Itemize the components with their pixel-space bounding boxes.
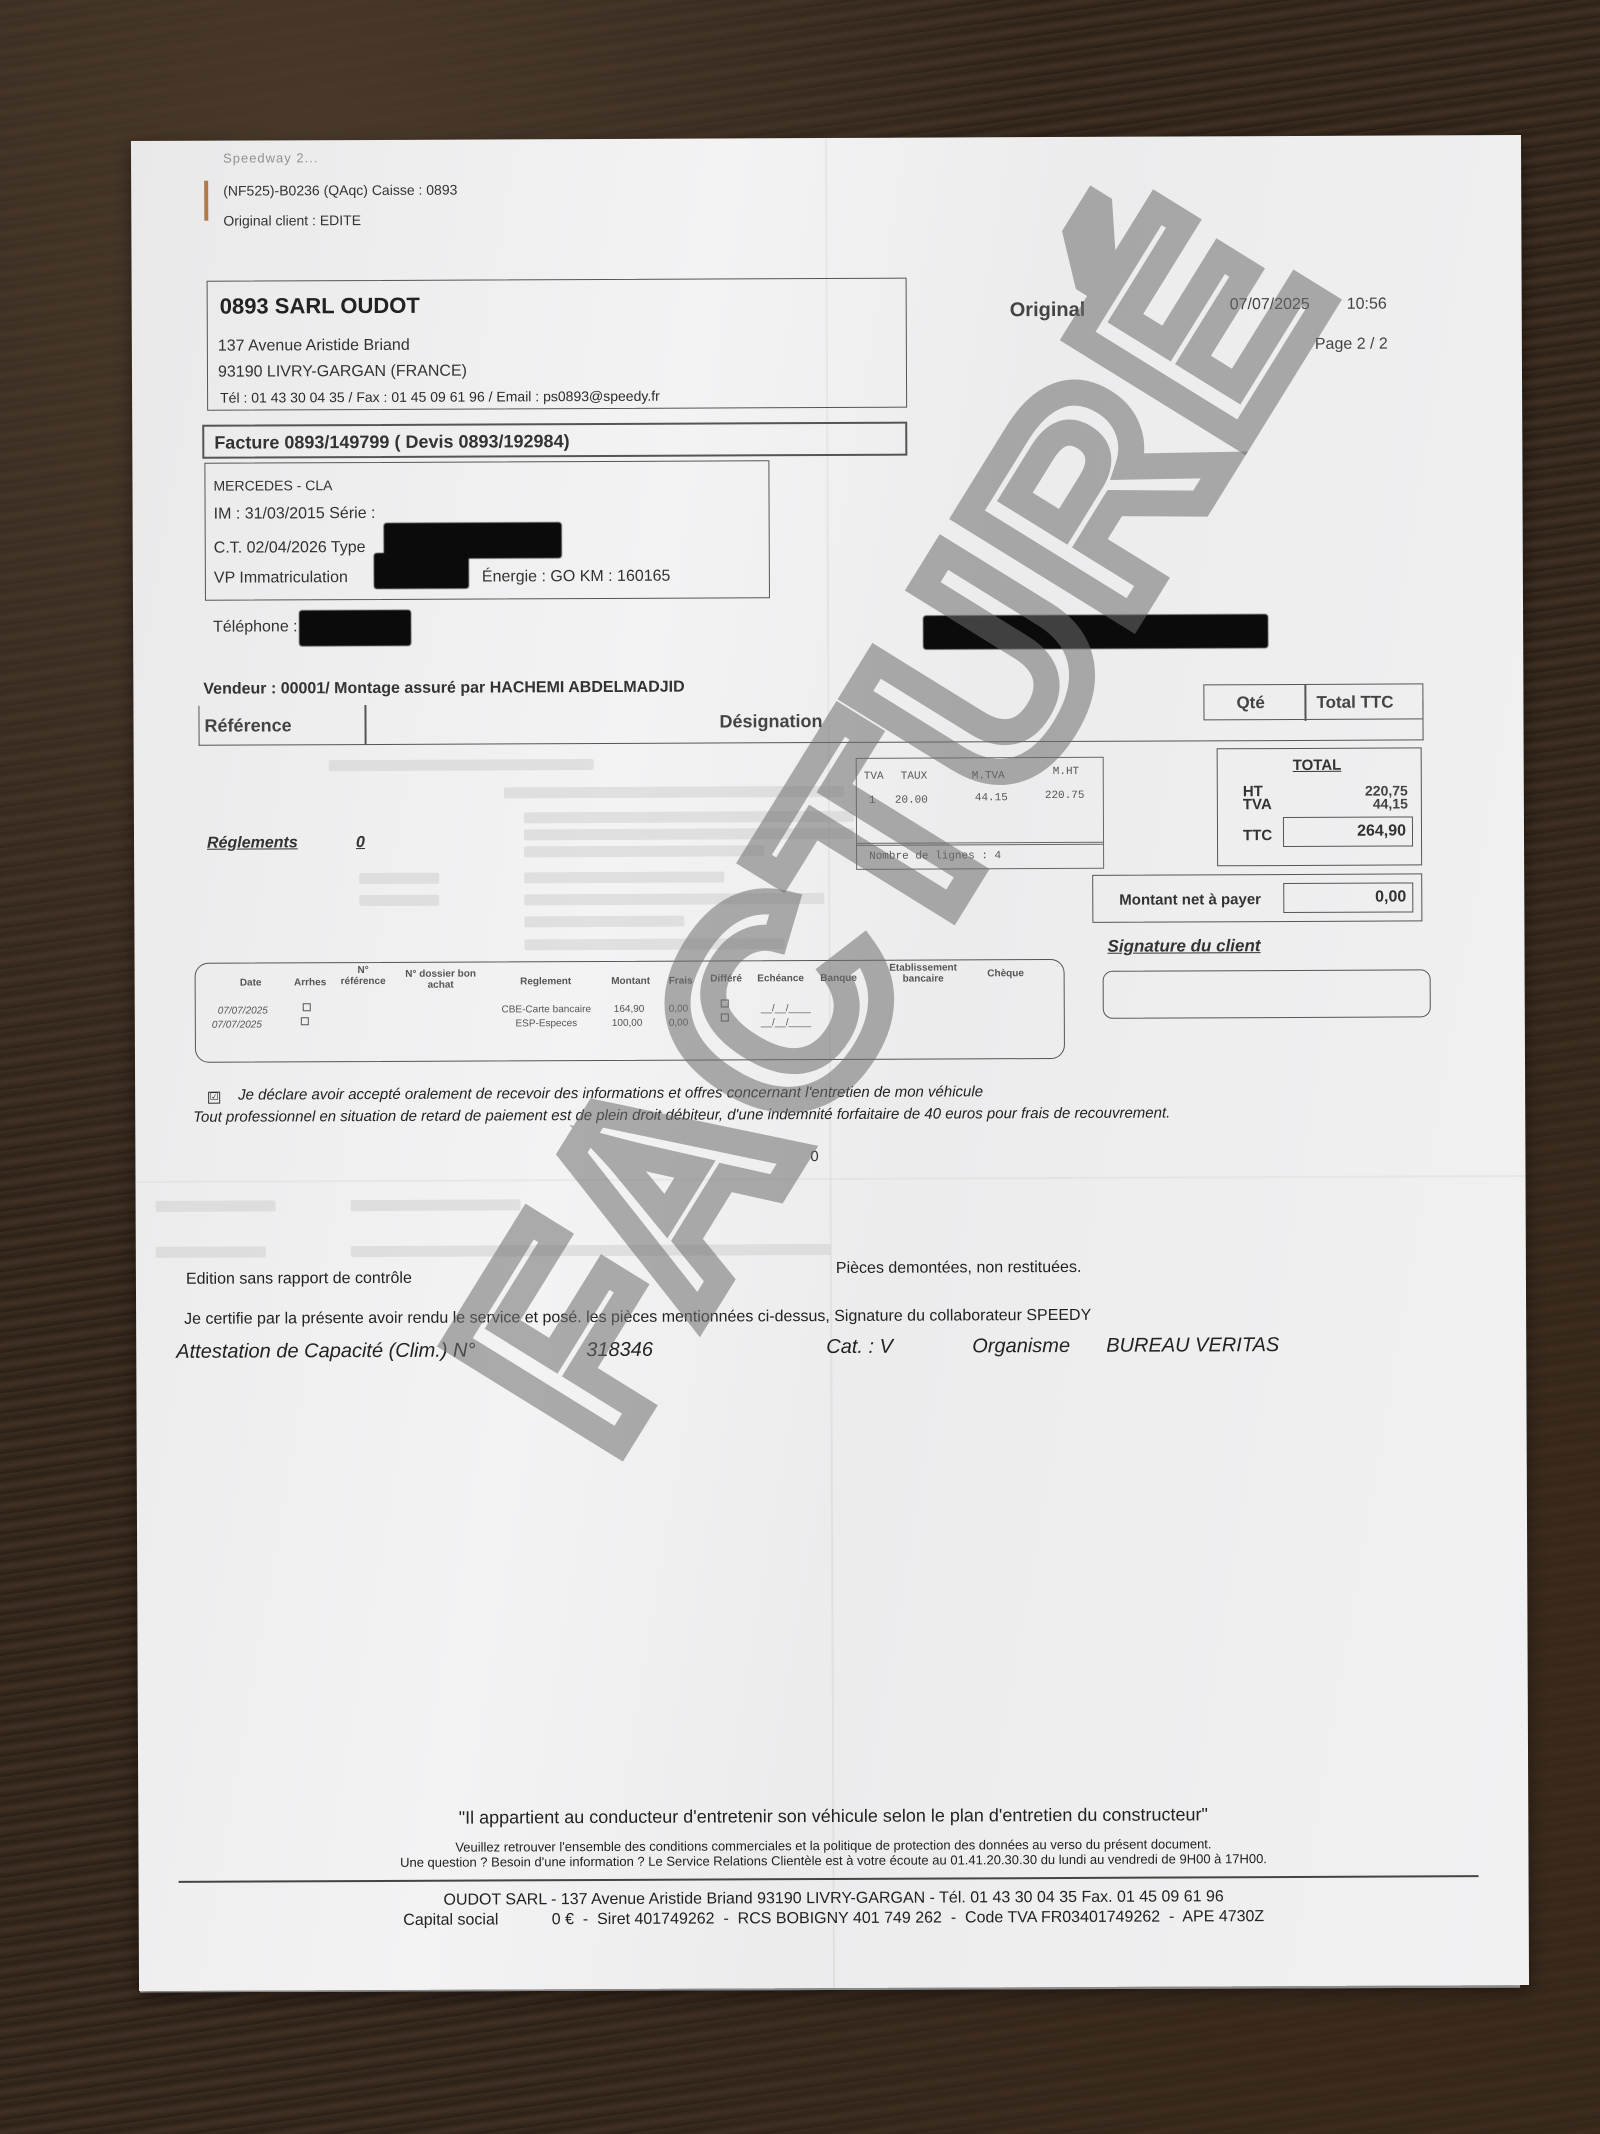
arrhes-checkbox[interactable]	[301, 1017, 309, 1025]
invoice-title-box: Facture 0893/149799 ( Devis 0893/192984)	[202, 422, 907, 459]
consent-statement: ☑Je déclare avoir accepté oralement de r…	[208, 1083, 983, 1103]
totals-box: TOTAL HT TVA 220,75 44,15 TTC 264,90	[1217, 747, 1423, 866]
invoice-title: Facture 0893/149799 ( Devis 0893/192984)	[214, 431, 569, 454]
company-block: 0893 SARL OUDOT 137 Avenue Aristide Bria…	[207, 278, 908, 411]
signature-box[interactable]	[1103, 969, 1431, 1018]
vat-rate: 20.00	[895, 795, 928, 807]
redaction-telephone	[299, 610, 411, 646]
net-to-pay-box: Montant net à payer 0,00	[1092, 873, 1422, 922]
line-count: Nombre de lignes : 4	[869, 850, 1001, 863]
signature-label: Signature du client	[1107, 936, 1260, 957]
vehicle-model: MERCEDES - CLA	[213, 477, 332, 494]
differe-checkbox[interactable]	[721, 1013, 729, 1021]
tva-label: TVA	[1243, 798, 1272, 811]
invoice-page: Speedway 2... (NF525)-B0236 (QAqc) Caiss…	[131, 135, 1529, 1991]
net-to-pay-value: 0,00	[1375, 888, 1406, 906]
net-to-pay-value-box: 0,00	[1283, 882, 1413, 913]
vat-base-amount: 220.75	[1045, 790, 1085, 802]
invoice-time: 10:56	[1347, 296, 1387, 314]
organisme-label: Organisme	[972, 1335, 1070, 1358]
redaction-plate	[374, 553, 469, 589]
reglements-label: Réglements	[207, 834, 298, 852]
vehicle-block: MERCEDES - CLA IM : 31/03/2015 Série : C…	[204, 460, 770, 600]
tva-value: 44,15	[1288, 797, 1408, 811]
company-address-1: 137 Avenue Aristide Briand	[218, 337, 410, 356]
zero-value: 0	[810, 1148, 818, 1165]
ttc-value-box: 264,90	[1283, 816, 1413, 847]
company-contact: Tél : 01 43 30 04 35 / Fax : 01 45 09 61…	[220, 388, 660, 406]
attestation-line: Attestation de Capacité (Clim.) N° 31834…	[176, 1335, 1476, 1371]
consent-checkbox[interactable]: ☑	[208, 1092, 220, 1104]
certification-statement: Je certifie par la présente avoir rendu …	[184, 1307, 1091, 1329]
page-number: Page 2 / 2	[1315, 336, 1388, 354]
maintenance-quote: "Il appartient au conducteur d'entreteni…	[138, 1803, 1528, 1830]
copy-label: Original	[1010, 299, 1086, 322]
attestation-number: 318346	[586, 1339, 653, 1362]
company-name: 0893 SARL OUDOT	[220, 293, 420, 320]
reglements-value: 0	[356, 834, 365, 852]
header-reference: Référence	[204, 715, 291, 736]
invoice-date: 07/07/2025	[1230, 296, 1310, 314]
vehicle-energy-km: Énergie : GO KM : 160165	[482, 568, 671, 587]
vehicle-ct-date: C.T. 02/04/2026 Type	[214, 539, 366, 558]
net-to-pay-label: Montant net à payer	[1119, 891, 1261, 909]
ttc-label: TTC	[1243, 829, 1272, 842]
vat-amount: 44.15	[975, 792, 1008, 804]
organisme-value: BUREAU VERITAS	[1106, 1334, 1279, 1358]
pen-mark	[204, 181, 208, 221]
payments-table: Date Arrhes N° référence N° dossier bon …	[195, 959, 1065, 1063]
vat-summary-box: TVA TAUX M.TVA M.HT 1 20.00 44.15 220.75…	[856, 757, 1104, 870]
original-client-line: Original client : EDITE	[223, 212, 361, 229]
nf525-line: (NF525)-B0236 (QAqc) Caisse : 0893	[223, 182, 457, 199]
header-designation: Désignation	[719, 711, 822, 732]
differe-checkbox[interactable]	[721, 999, 729, 1007]
footer-capital-line: Capital social 0 € - Siret 401749262 - R…	[139, 1907, 1529, 1931]
vehicle-vp-label: VP Immatriculation	[214, 569, 348, 588]
ttc-value: 264,90	[1357, 822, 1406, 840]
company-address-2: 93190 LIVRY-GARGAN (FRANCE)	[218, 363, 467, 382]
redaction-client-address	[923, 614, 1268, 650]
items-table-header: Référence Désignation	[198, 700, 1423, 745]
vehicle-registration-date: IM : 31/03/2015 Série :	[214, 505, 376, 524]
consent-text: Je déclare avoir accepté oralement de re…	[238, 1083, 983, 1103]
paper-fold	[825, 138, 835, 1988]
parts-note: Pièces demontées, non restituées.	[836, 1259, 1082, 1278]
late-payment-notice: Tout professionnel en situation de retar…	[193, 1105, 1170, 1126]
telephone-label: Téléphone :	[213, 618, 298, 636]
vat-rate-index: 1	[869, 795, 876, 807]
footer-divider	[179, 1875, 1479, 1883]
edition-note: Edition sans rapport de contrôle	[186, 1270, 412, 1289]
totals-title: TOTAL	[1293, 757, 1342, 774]
vendor-line: Vendeur : 00001/ Montage assuré par HACH…	[203, 679, 684, 699]
arrhes-checkbox[interactable]	[303, 1003, 311, 1011]
attestation-label: Attestation de Capacité (Clim.) N°	[176, 1340, 475, 1364]
cut-header-line: Speedway 2...	[223, 150, 318, 165]
attestation-category: Cat. : V	[826, 1336, 893, 1359]
